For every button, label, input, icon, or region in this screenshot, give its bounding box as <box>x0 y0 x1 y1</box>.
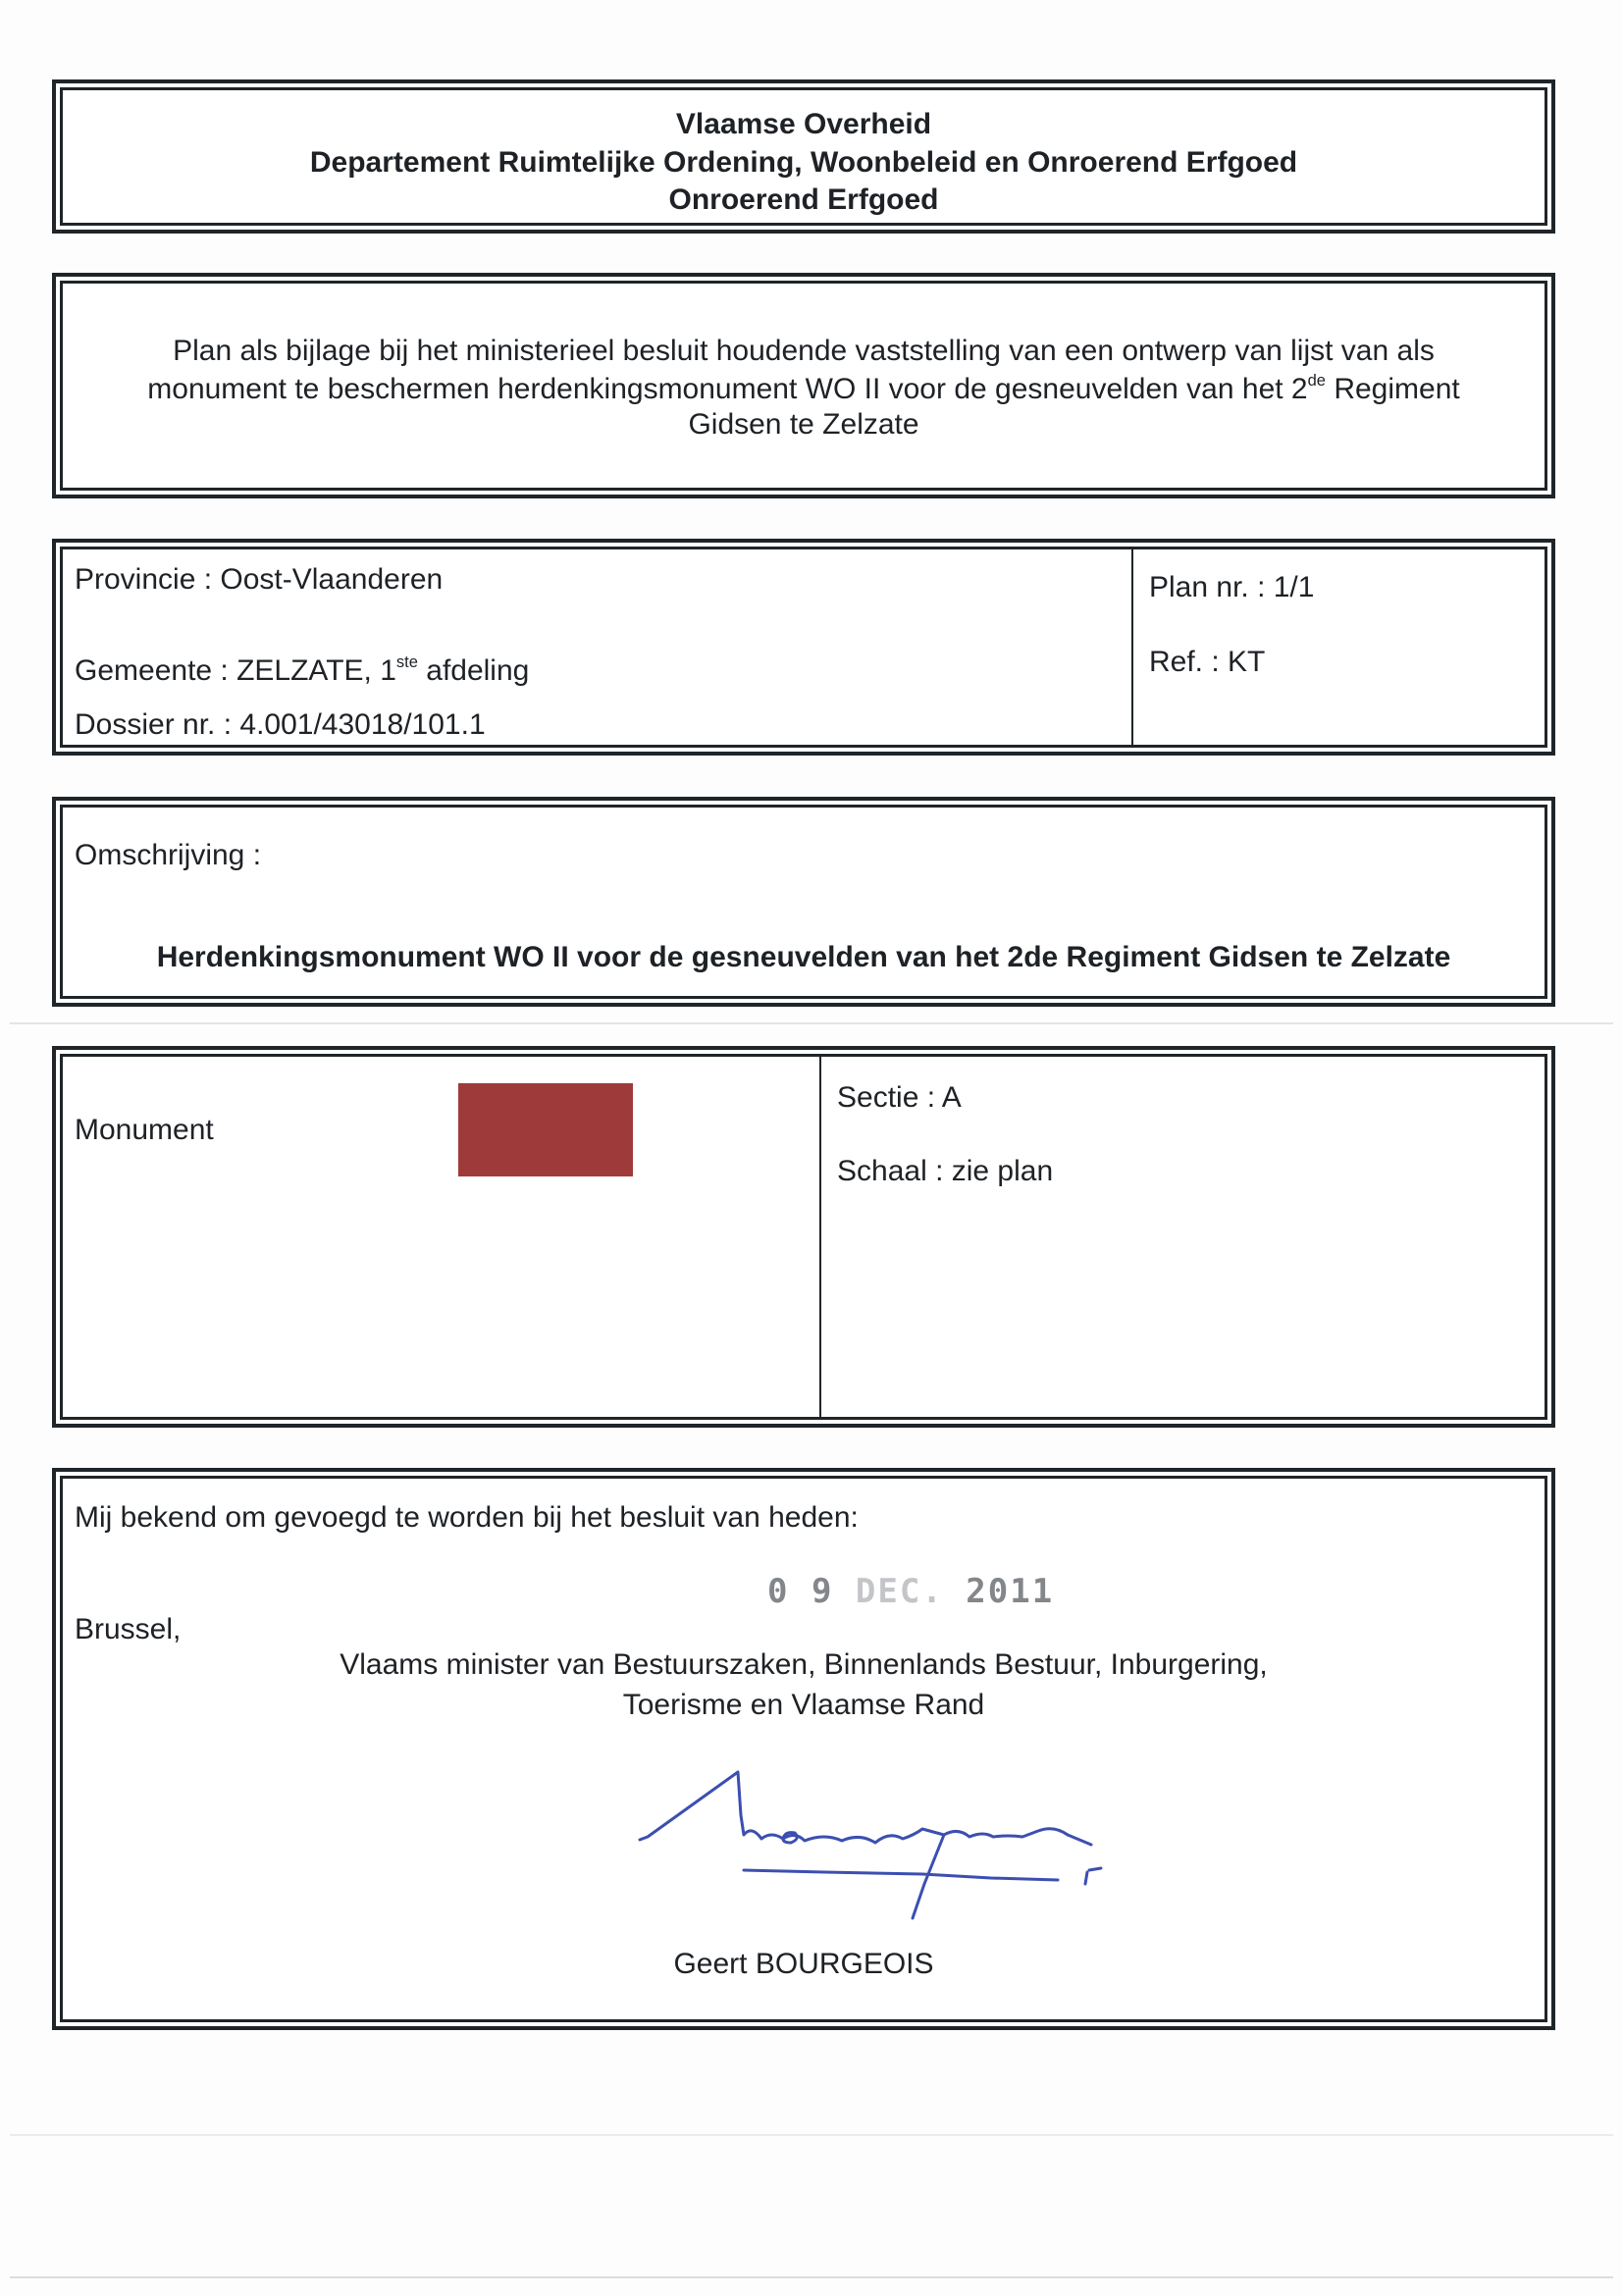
intro-line-2-tail: Regiment <box>1326 373 1460 405</box>
legend-inner-border <box>60 1054 1547 1420</box>
place-text: Brussel, <box>75 1615 181 1644</box>
minister-title-line-1: Vlaams minister van Bestuurszaken, Binne… <box>56 1650 1551 1680</box>
header-line-1: Vlaamse Overheid <box>56 110 1551 139</box>
date-stamp-year: 2011 <box>966 1572 1054 1611</box>
date-stamp: 0 9 DEC. 2011 <box>767 1572 1054 1611</box>
minister-name: Geert BOURGEOIS <box>56 1950 1551 1979</box>
ref-field: Ref. : KT <box>1149 648 1265 677</box>
header-line-2: Departement Ruimtelijke Ordening, Woonbe… <box>56 148 1551 178</box>
intro-box: Plan als bijlage bij het ministerieel be… <box>52 273 1555 498</box>
gemeente-ordinal-suffix: ste <box>396 653 418 671</box>
signature-box: Mij bekend om gevoegd te worden bij het … <box>52 1468 1555 2030</box>
date-stamp-month: DEC. <box>856 1572 944 1611</box>
legend-column-divider <box>819 1057 821 1417</box>
plan-nr-field: Plan nr. : 1/1 <box>1149 573 1314 602</box>
legend-item-label: Monument <box>75 1116 214 1145</box>
acknowledgement-text: Mij bekend om gevoegd te worden bij het … <box>75 1503 859 1533</box>
monument-color-swatch <box>458 1083 633 1176</box>
header-line-3: Onroerend Erfgoed <box>56 185 1551 215</box>
gemeente-tail: afdeling <box>418 654 529 687</box>
handwritten-signature-icon <box>628 1756 1119 1933</box>
signature-inner-border <box>60 1476 1547 2022</box>
info-box: Provincie : Oost-Vlaanderen Gemeente : Z… <box>52 539 1555 756</box>
scan-artifact-line <box>10 1022 1613 1024</box>
description-label: Omschrijving : <box>75 841 261 870</box>
intro-line-3: Gidsen te Zelzate <box>56 410 1551 440</box>
intro-line-1: Plan als bijlage bij het ministerieel be… <box>56 337 1551 366</box>
date-stamp-day: 0 9 <box>767 1572 833 1611</box>
intro-line-2: monument te beschermen herdenkingsmonume… <box>56 375 1551 404</box>
header-box: Vlaamse Overheid Departement Ruimtelijke… <box>52 79 1555 234</box>
provincie-field: Provincie : Oost-Vlaanderen <box>75 565 443 595</box>
intro-line-2-text: monument te beschermen herdenkingsmonume… <box>147 373 1307 405</box>
minister-title-line-2: Toerisme en Vlaamse Rand <box>56 1691 1551 1720</box>
schaal-field: Schaal : zie plan <box>837 1157 1053 1186</box>
sectie-field: Sectie : A <box>837 1083 962 1113</box>
info-column-divider <box>1131 549 1133 745</box>
scan-artifact-line <box>10 2276 1613 2278</box>
intro-ordinal-suffix: de <box>1308 372 1326 390</box>
gemeente-field: Gemeente : ZELZATE, 1ste afdeling <box>75 656 529 686</box>
gemeente-text: Gemeente : ZELZATE, 1 <box>75 654 396 687</box>
legend-box: Monument Sectie : A Schaal : zie plan <box>52 1046 1555 1428</box>
scan-artifact-line <box>10 2134 1613 2136</box>
description-box: Omschrijving : Herdenkingsmonument WO II… <box>52 797 1555 1007</box>
description-text: Herdenkingsmonument WO II voor de gesneu… <box>56 943 1551 972</box>
dossier-field: Dossier nr. : 4.001/43018/101.1 <box>75 710 486 740</box>
